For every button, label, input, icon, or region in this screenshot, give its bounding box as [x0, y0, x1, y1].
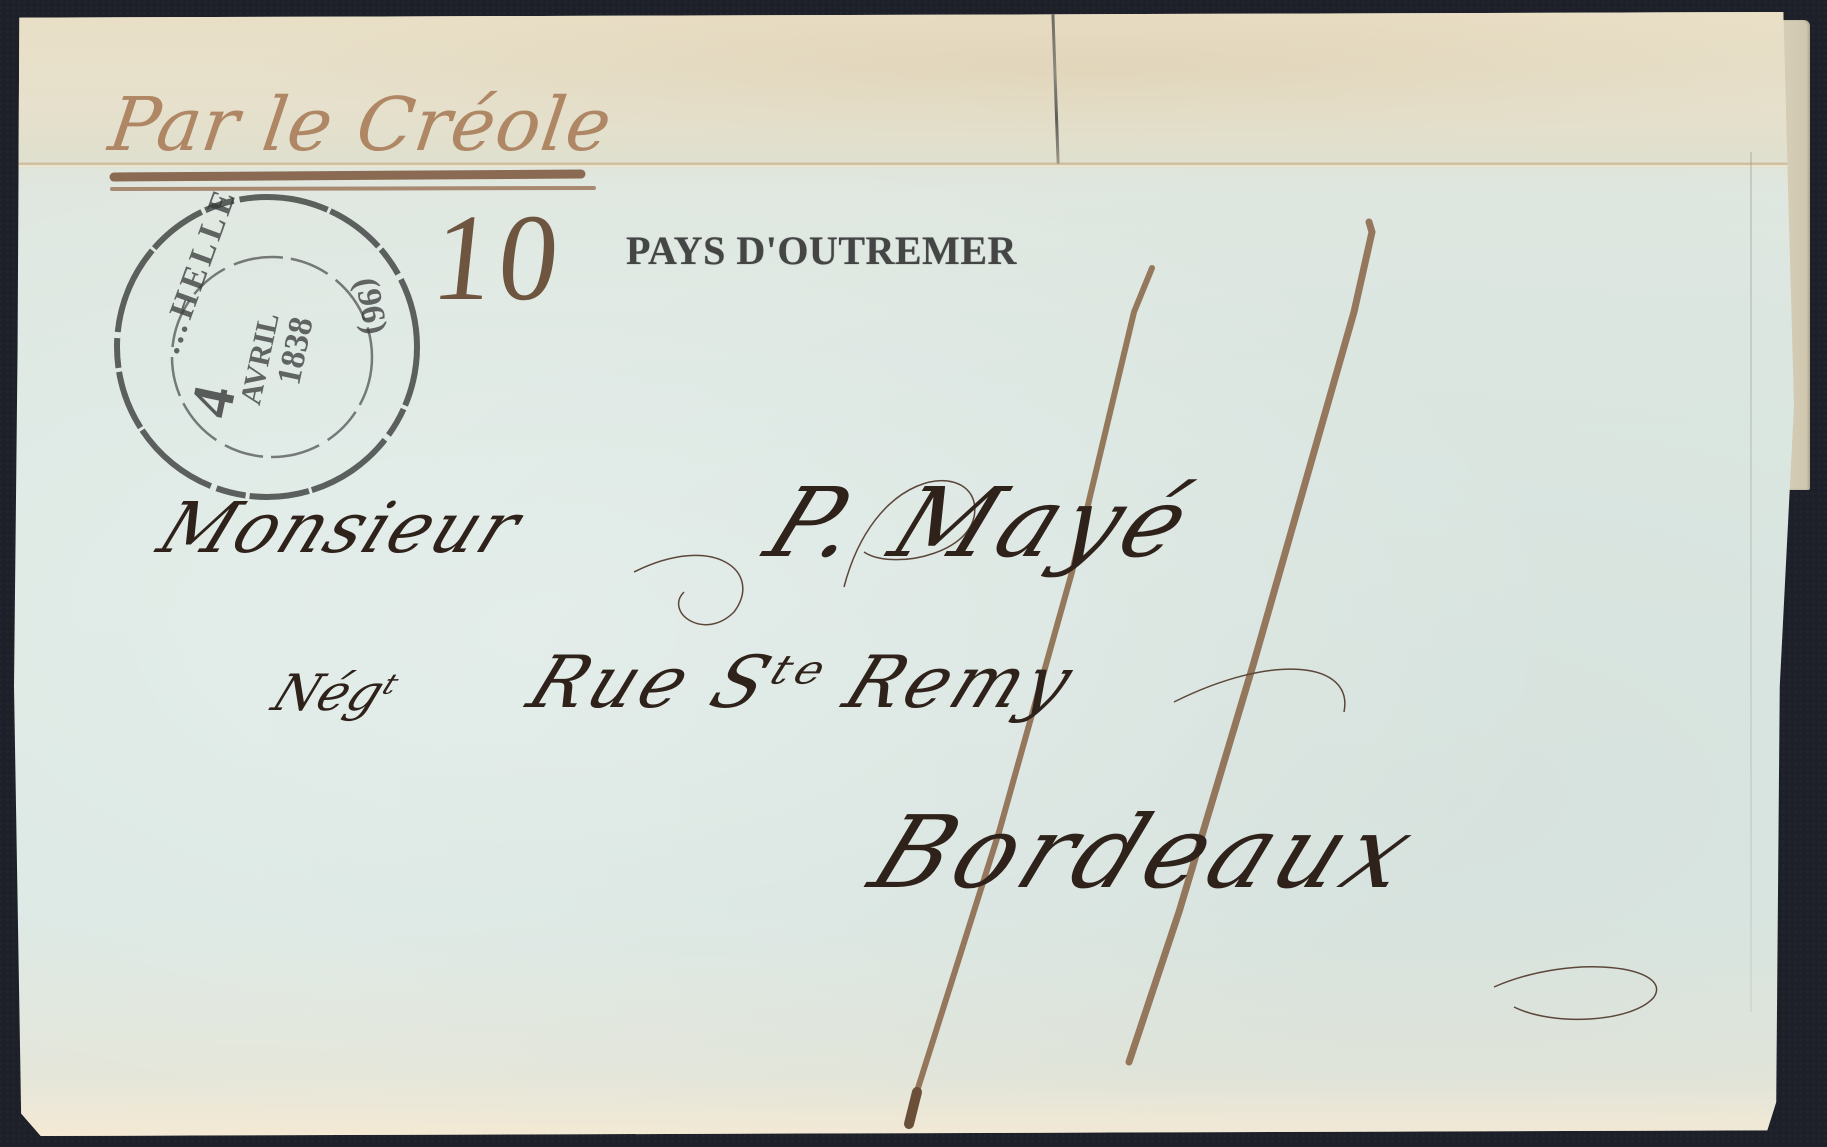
address-city: Bordeaux: [855, 794, 1435, 911]
address-occupation: Négᵗ: [264, 664, 405, 722]
postage-due-marking: 10: [426, 187, 571, 330]
circular-date-stamp: …HELLE (96) 4 AVRIL 1838: [102, 182, 432, 512]
address-recipient: P. Mayé: [751, 467, 1211, 579]
overseas-handstamp: PAYS D'OUTREMER: [626, 227, 1017, 274]
address-salutation: Monsieur: [147, 487, 533, 569]
folded-letter: Par le Créole …HELLE (96) 4 AVRIL 1838: [14, 12, 1794, 1136]
address-street: Rue Sᵗᵉ Remy: [517, 640, 1089, 724]
